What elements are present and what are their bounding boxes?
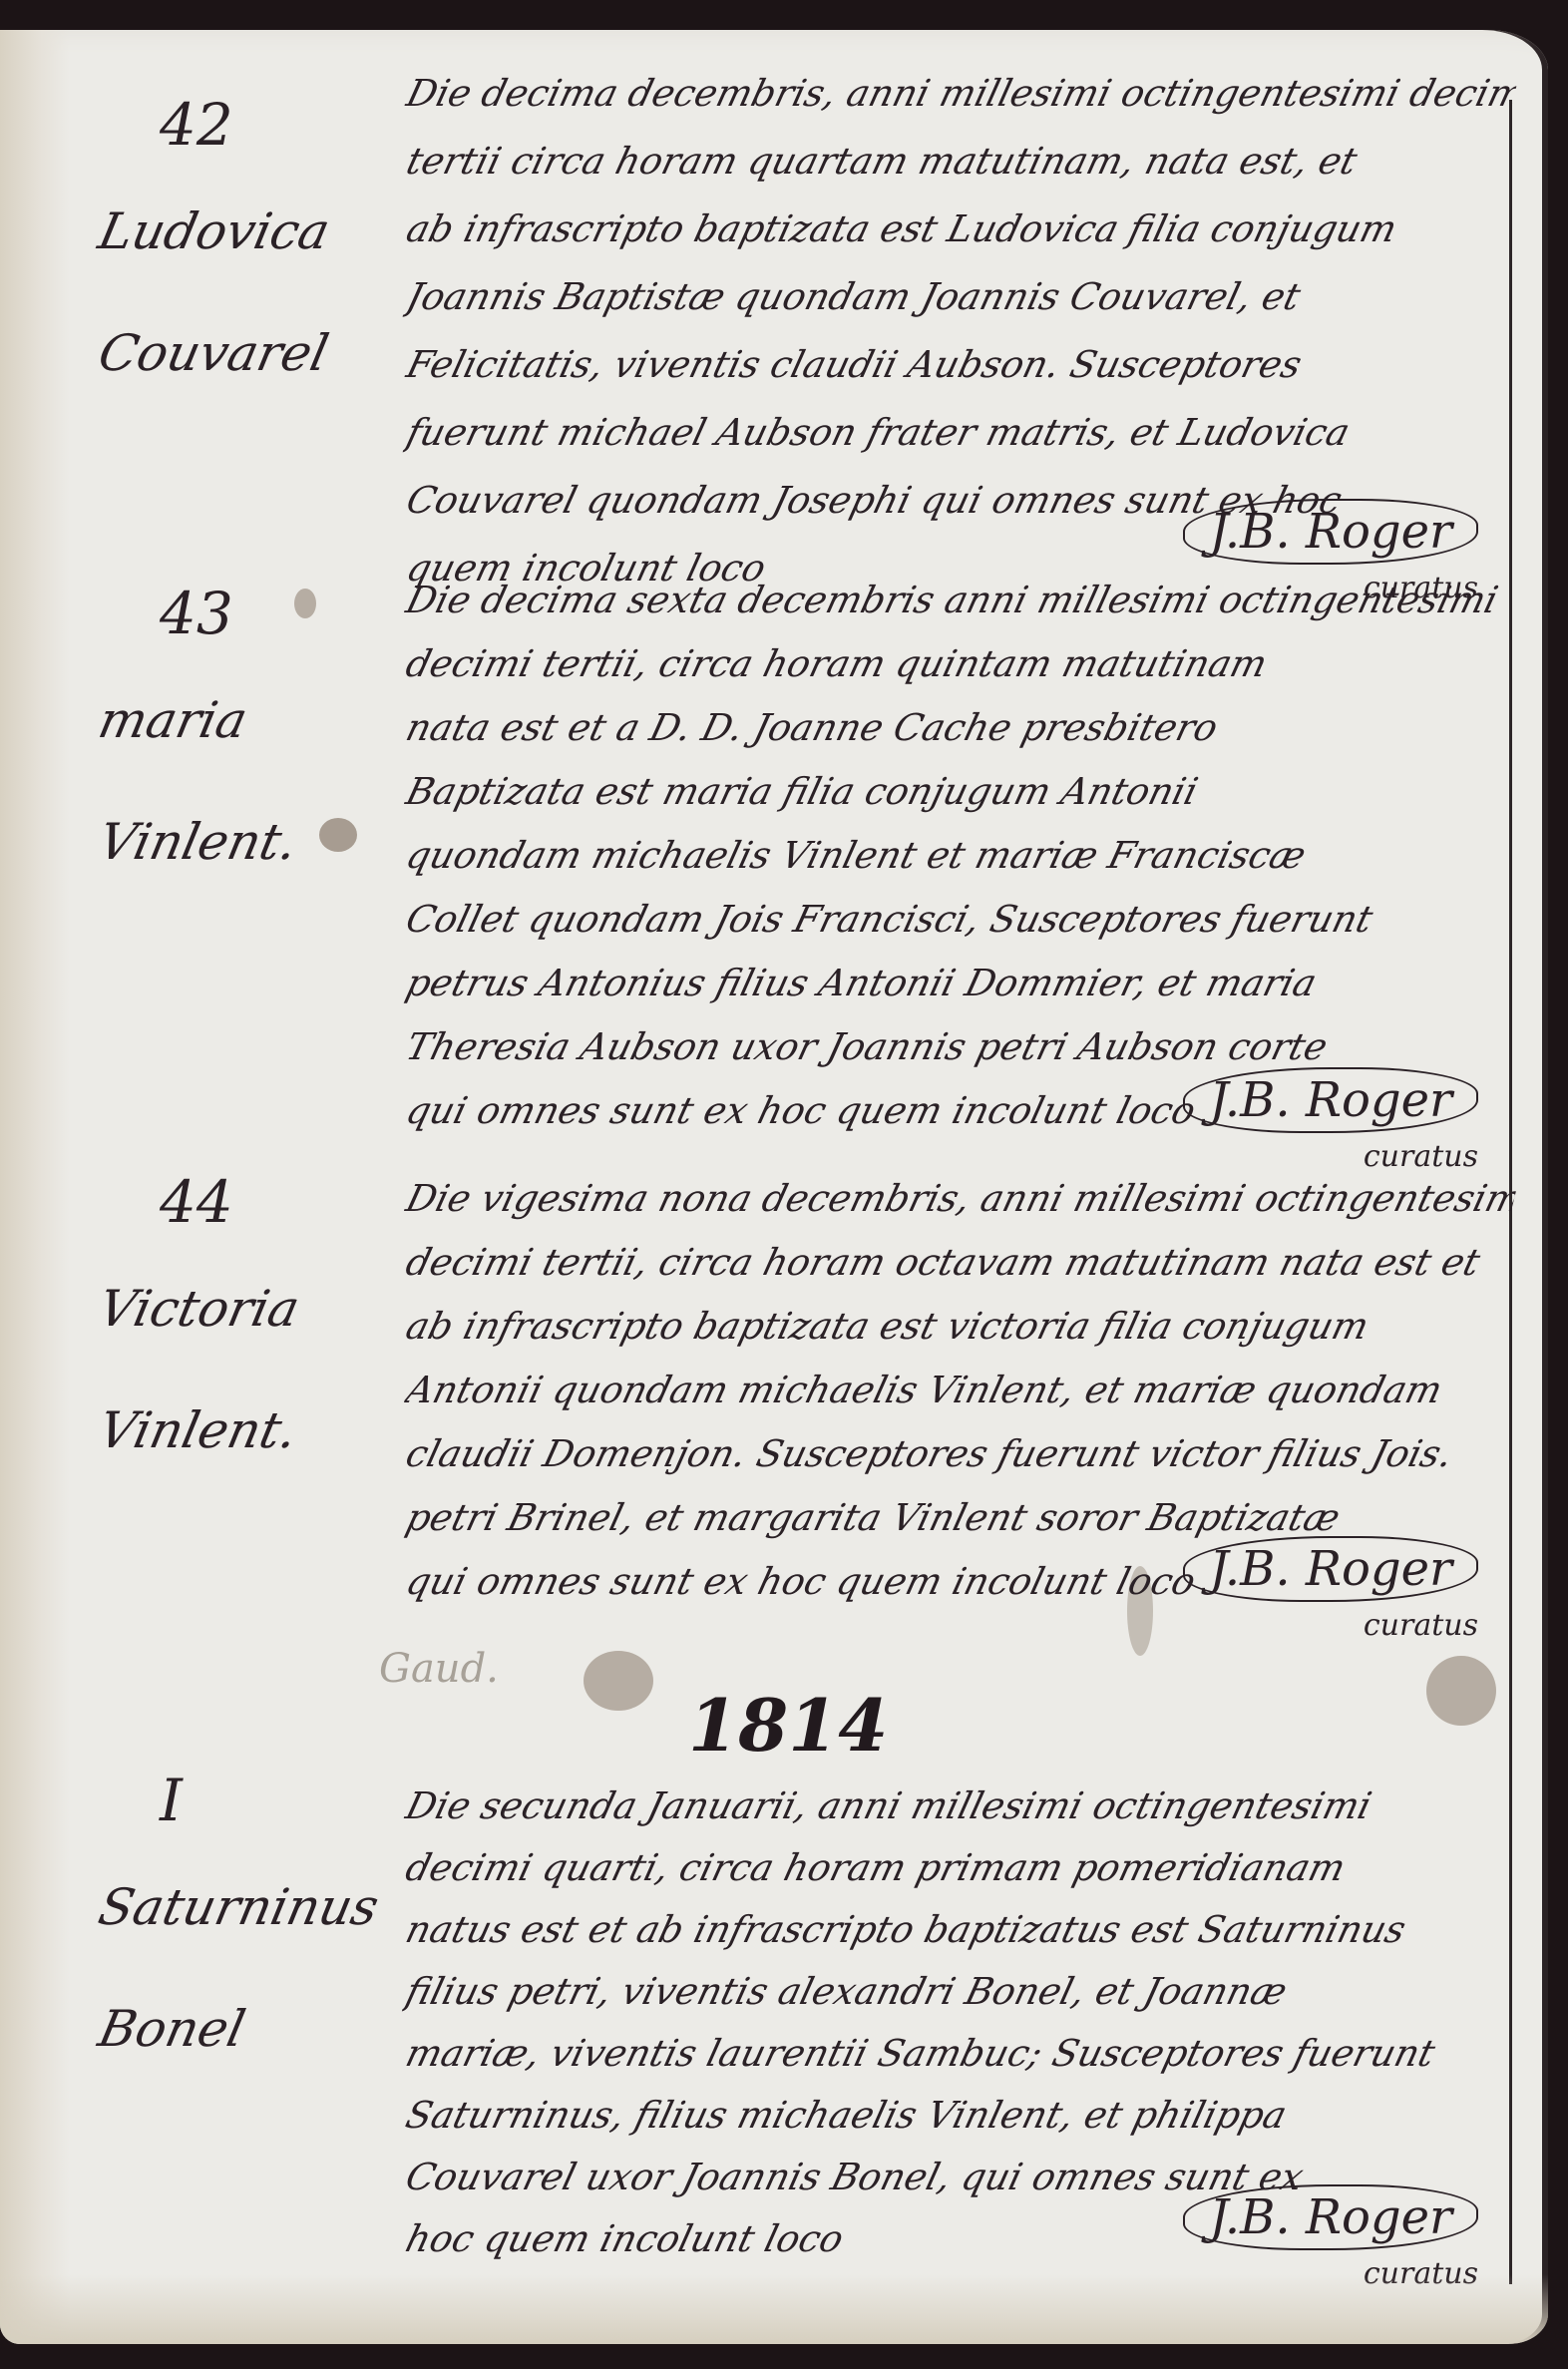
text-line: Saturninus, filius michaelis Vinlent, et… — [399, 2085, 1521, 2147]
text-line: decimi quarti, circa horam primam pomeri… — [399, 1837, 1521, 1899]
text-line: Felicitatis, viventis claudii Aubson. Su… — [399, 331, 1523, 399]
entry-number: I — [160, 1766, 369, 1835]
signature-name: J.B. Roger — [1183, 2184, 1478, 2250]
text-line: Die secunda Januarii, anni millesimi oct… — [399, 1776, 1521, 1837]
year-heading: 1814 — [688, 1686, 888, 1766]
faded-annotation: Gaud. — [379, 1646, 499, 1692]
signature-title: curatus — [1183, 1608, 1478, 1644]
text-line: Baptizata est maria filia conjugum Anton… — [399, 760, 1522, 824]
text-line: Die vigesima nona decembris, anni milles… — [399, 1167, 1522, 1231]
text-line: mariæ, viventis laurentii Sambuc; Suscep… — [399, 2023, 1521, 2085]
signature-title: curatus — [1183, 2256, 1478, 2292]
ink-stain — [1426, 1656, 1496, 1726]
text-line: natus est et ab infrascripto baptizatus … — [399, 1899, 1521, 1961]
child-surname: Vinlent. — [93, 1398, 376, 1462]
child-surname: Vinlent. — [93, 810, 376, 874]
child-given-name: Victoria — [93, 1277, 376, 1341]
text-line: petrus Antonius filius Antonii Dommier, … — [399, 952, 1522, 1015]
ink-stain — [584, 1651, 653, 1711]
entry-margin: 44 Victoria Vinlent. — [100, 1167, 369, 1520]
child-given-name: maria — [93, 688, 376, 752]
text-line: fuerunt michael Aubson frater matris, et… — [399, 399, 1523, 467]
child-given-name: Saturninus — [93, 1875, 376, 1939]
signature-name: J.B. Roger — [1183, 1536, 1478, 1602]
text-line: Die decima decembris, anni millesimi oct… — [399, 60, 1523, 128]
text-line: claudii Domenjon. Susceptores fuerunt vi… — [399, 1422, 1522, 1486]
text-line: Die decima sexta decembris anni millesim… — [399, 569, 1522, 632]
priest-signature: J.B. Roger curatus — [1183, 1067, 1478, 1175]
text-line: ab infrascripto baptizata est Ludovica f… — [399, 196, 1523, 263]
text-line: decimi tertii, circa horam quintam matut… — [399, 632, 1522, 696]
priest-signature: J.B. Roger curatus — [1183, 1536, 1478, 1644]
register-page: 42 Ludovica Couvarel Die decima decembri… — [0, 30, 1548, 2344]
text-line: tertii circa horam quartam matutinam, na… — [399, 128, 1523, 196]
text-line: quondam michaelis Vinlent et mariæ Franc… — [399, 824, 1522, 888]
entry-number: 43 — [160, 579, 369, 648]
signature-name: J.B. Roger — [1183, 499, 1478, 565]
priest-signature: J.B. Roger curatus — [1183, 2184, 1478, 2292]
text-line: filius petri, viventis alexandri Bonel, … — [399, 1961, 1521, 2023]
child-surname: Bonel — [93, 1997, 376, 2061]
text-line: decimi tertii, circa horam octavam matut… — [399, 1231, 1522, 1295]
entry-margin: I Saturninus Bonel — [100, 1766, 369, 2119]
text-line: Antonii quondam michaelis Vinlent, et ma… — [399, 1359, 1522, 1422]
entry-margin: 42 Ludovica Couvarel — [100, 90, 369, 443]
entry-margin: 43 maria Vinlent. — [100, 579, 369, 932]
text-line: ab infrascripto baptizata est victoria f… — [399, 1295, 1522, 1359]
entry-number: 42 — [160, 90, 369, 160]
signature-name: J.B. Roger — [1183, 1067, 1478, 1133]
text-line: Collet quondam Jois Francisci, Susceptor… — [399, 888, 1522, 952]
text-line: Joannis Baptistæ quondam Joannis Couvare… — [399, 263, 1523, 331]
text-line: nata est et a D. D. Joanne Cache presbit… — [399, 696, 1522, 760]
entry-number: 44 — [160, 1167, 369, 1237]
entry-text: Die decima sexta decembris anni millesim… — [399, 569, 1506, 1143]
child-given-name: Ludovica — [93, 199, 376, 263]
child-surname: Couvarel — [93, 321, 376, 385]
